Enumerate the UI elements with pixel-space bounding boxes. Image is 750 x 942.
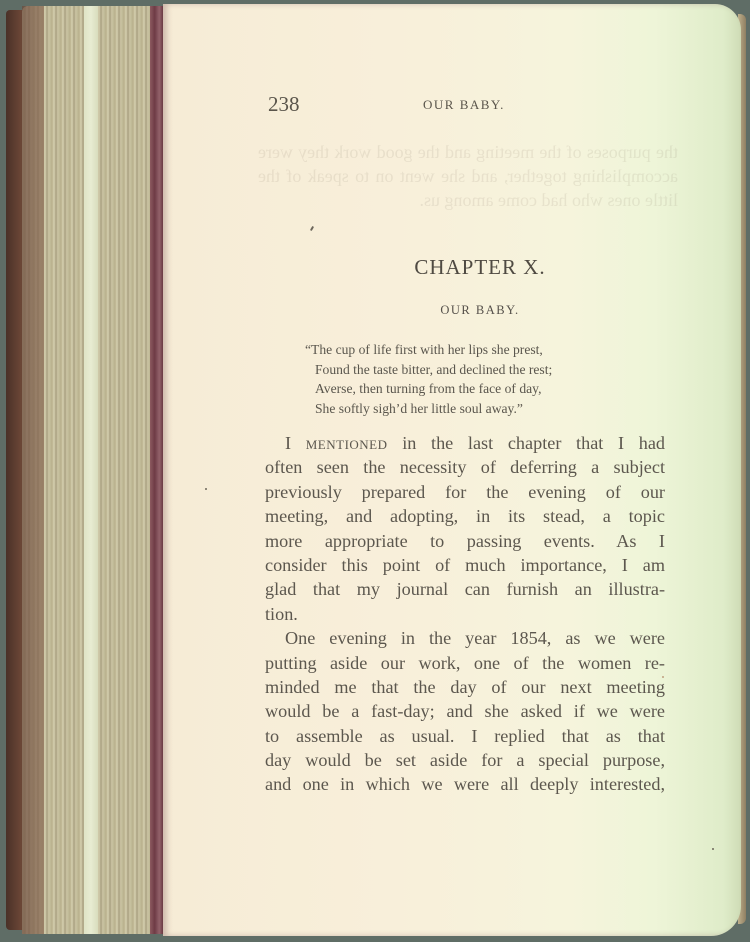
chapter-subtitle: OUR BABY. bbox=[290, 303, 670, 318]
epigraph-line: Found the taste bitter, and declined the… bbox=[305, 360, 665, 380]
paragraph-1-line: meeting, and adopting, in its stead, a t… bbox=[265, 504, 665, 528]
paragraph-2-line: and one in which we were all deeply inte… bbox=[265, 772, 665, 796]
running-title: OUR BABY. bbox=[423, 97, 505, 113]
epigraph: “The cup of life first with her lips she… bbox=[305, 340, 665, 418]
opening-smallcaps: mentioned bbox=[306, 433, 388, 453]
paragraph-1-line: previously prepared for the evening of o… bbox=[265, 480, 665, 504]
opening-word: I bbox=[285, 433, 291, 453]
paper-speck bbox=[662, 676, 664, 678]
paragraph-1-line: tion. bbox=[265, 602, 665, 626]
body-text: I mentioned in the last chapter that I h… bbox=[265, 431, 665, 797]
chapter-title: CHAPTER X. bbox=[290, 255, 670, 280]
paragraph-2-line: One evening in the year 1854, as we were bbox=[265, 626, 665, 650]
running-head: 238 OUR BABY. bbox=[268, 92, 668, 116]
paragraph-2-line: to assemble as usual. I replied that as … bbox=[265, 724, 665, 748]
paper-speck bbox=[205, 488, 207, 490]
paragraph-1-line: consider this point of much importance, … bbox=[265, 553, 665, 577]
paragraph-2-line: putting aside our work, one of the women… bbox=[265, 651, 665, 675]
first-line-rest: in the last chapter that I had bbox=[388, 433, 665, 453]
page-number: 238 bbox=[268, 92, 300, 117]
paragraph-1-line: more appropriate to passing events. As I bbox=[265, 529, 665, 553]
paragraph-2-line: day would be set aside for a special pur… bbox=[265, 748, 665, 772]
paragraph-1-line: glad that my journal can furnish an illu… bbox=[265, 577, 665, 601]
paragraph-1-line: often seen the necessity of deferring a … bbox=[265, 455, 665, 479]
paragraph-2-line: minded me that the day of our next meeti… bbox=[265, 675, 665, 699]
paragraph-1-line: I mentioned in the last chapter that I h… bbox=[265, 431, 665, 455]
epigraph-line: Averse, then turning from the face of da… bbox=[305, 379, 665, 399]
cover-edge bbox=[22, 6, 44, 934]
paragraph-2-line: would be a fast-day; and she asked if we… bbox=[265, 699, 665, 723]
epigraph-line: “The cup of life first with her lips she… bbox=[305, 340, 665, 360]
paper-speck bbox=[712, 848, 714, 850]
epigraph-line: She softly sigh’d her little soul away.” bbox=[305, 399, 665, 419]
book-photo: the purposes of the meeting and the good… bbox=[0, 0, 750, 942]
